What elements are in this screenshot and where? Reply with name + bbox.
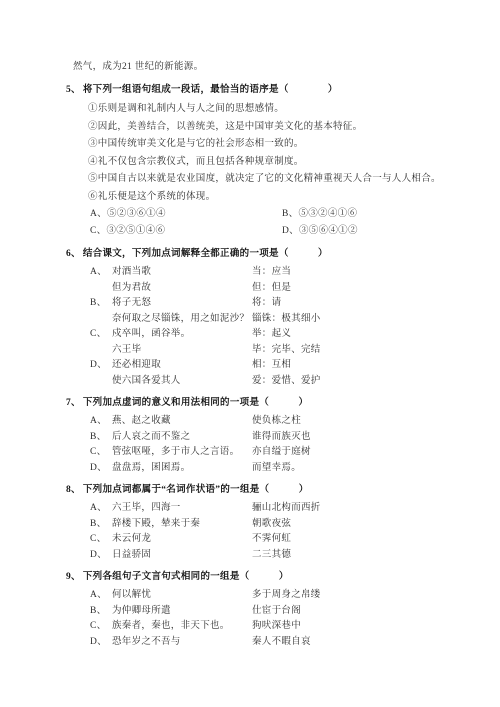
question-6: 6、结合课文，下列加点词解释全都正确的一项是（ ） A、 对酒当歌 当：应当 但… <box>66 246 460 389</box>
list-item: ⑤中国自古以来就是农业国度，就决定了它的文化精神重视天人合一与人人相合。 <box>88 171 460 189</box>
question-5: 5、将下列一组语句组成一段话，最恰当的语序是（ ） ①乐则是调和礼制内人与人之间… <box>66 82 460 240</box>
question-title-text: 下列加点词都属于“名词作状语”的一组是（ ） <box>83 485 309 495</box>
option-row-D: D、 恐年岁之不吾与 秦人不暇自哀 <box>90 635 460 651</box>
option-gloss: 锱铢：极其细小 <box>252 312 460 328</box>
list-item: ④礼不仅包含宗教仪式，而且包括各种规章制度。 <box>88 154 460 172</box>
option-row-A: A、 六王毕，四海一 骊山北构而西折 <box>90 501 460 517</box>
option-label: B、 <box>90 296 112 312</box>
question-number: 6、 <box>66 249 81 259</box>
option-phrase-2: 不霁何虹 <box>252 532 460 548</box>
option-phrase: 恐年岁之不吾与 <box>112 635 252 651</box>
option-phrase: 奈何取之尽锱铢，用之如泥沙？ <box>112 312 252 328</box>
list-item: ②因此，美善结合，以善统美，这是中国审美文化的基本特征。 <box>88 119 460 137</box>
choice-text: ③⑤⑥④①② <box>299 226 358 236</box>
list-item: ①乐则是调和礼制内人与人之间的思想感情。 <box>88 101 460 119</box>
option-label <box>90 343 112 359</box>
option-row-D: D、 盘盘焉，囷囷焉。 而望幸焉。 <box>90 461 460 477</box>
option-gloss: 将：请 <box>252 296 460 312</box>
question-title-text: 将下列一组语句组成一段话，最恰当的语序是（ ） <box>83 85 338 95</box>
question-title-text: 下列加点虚词的意义和用法相同的一项是（ ） <box>83 398 308 408</box>
option-label <box>90 374 112 390</box>
option-label: A、 <box>90 414 112 430</box>
option-row-A: A、 何以解忧 多于周身之帛缕 <box>90 588 460 604</box>
choice-label: B、 <box>282 209 298 219</box>
choice-text: ⑤③②④①⑥ <box>298 209 357 219</box>
option-gloss: 当：应当 <box>252 265 460 281</box>
option-row: 但为君故 但：但是 <box>90 281 460 297</box>
question-title-text: 结合课文，下列加点词解释全都正确的一项是（ ） <box>83 249 328 259</box>
option-gloss: 爱：爱惜、爱护 <box>252 374 460 390</box>
option-label: C、 <box>90 445 112 461</box>
option-row-A: A、 燕、赵之收藏 使负栋之柱 <box>90 414 460 430</box>
option-row-B: B、 辞楼下殿，辇来于秦 朝歌夜弦 <box>90 517 460 533</box>
option-label: A、 <box>90 265 112 281</box>
choice-B: B、⑤③②④①⑥ <box>282 206 357 223</box>
option-label: C、 <box>90 619 112 635</box>
option-phrase: 燕、赵之收藏 <box>112 414 252 430</box>
option-phrase: 管弦呕哑，多于市人之言语。 <box>112 445 252 461</box>
choice-row: A、⑤②③⑥①④ B、⑤③②④①⑥ <box>90 206 460 223</box>
option-row-C: C、 戍卒叫，函谷举。 举：起义 <box>90 327 460 343</box>
intro-continuation-line: 然气，成为21 世纪的新能源。 <box>73 59 460 76</box>
option-row-C: C、 管弦呕哑，多于市人之言语。 亦自缢于庭树 <box>90 445 460 461</box>
choice-C: C、③②⑤①④⑥ <box>90 223 282 240</box>
question-9: 9、下列各组句子文言句式相同的一组是（ ） A、 何以解忧 多于周身之帛缕 B、… <box>66 569 460 650</box>
option-row-C: C、 族秦者，秦也，非天下也。 狗吠深巷中 <box>90 619 460 635</box>
question-7: 7、下列加点虚词的意义和用法相同的一项是（ ） A、 燕、赵之收藏 使负栋之柱 … <box>66 395 460 476</box>
option-phrase: 为仲卿母所遣 <box>112 604 252 620</box>
question-number: 8、 <box>66 485 81 495</box>
option-phrase: 六王毕，四海一 <box>112 501 252 517</box>
option-phrase-2: 二三其德 <box>252 548 460 564</box>
option-gloss: 毕：完毕、完结 <box>252 343 460 359</box>
question-8: 8、下列加点词都属于“名词作状语”的一组是（ ） A、 六王毕，四海一 骊山北构… <box>66 482 460 563</box>
option-phrase: 还必相迎取 <box>112 358 252 374</box>
list-item: ⑥礼乐便是这个系统的体现。 <box>88 189 460 207</box>
question-8-title: 8、下列加点词都属于“名词作状语”的一组是（ ） <box>66 482 460 499</box>
option-phrase-2: 朝歌夜弦 <box>252 517 460 533</box>
option-row: 使六国各爱其人 爱：爱惜、爱护 <box>90 374 460 390</box>
option-label: D、 <box>90 635 112 651</box>
option-phrase: 六王毕 <box>112 343 252 359</box>
option-phrase: 后人哀之而不鉴之 <box>112 430 252 446</box>
option-phrase-2: 亦自缢于庭树 <box>252 445 460 461</box>
option-phrase: 将子无怒 <box>112 296 252 312</box>
option-row: 奈何取之尽锱铢，用之如泥沙？ 锱铢：极其细小 <box>90 312 460 328</box>
option-label <box>90 312 112 328</box>
option-label: D、 <box>90 358 112 374</box>
option-row-D: D、 日益骄固 二三其德 <box>90 548 460 564</box>
option-row-B: B、 将子无怒 将：请 <box>90 296 460 312</box>
document-page: 然气，成为21 世纪的新能源。 5、将下列一组语句组成一段话，最恰当的语序是（ … <box>0 0 500 707</box>
option-phrase-2: 秦人不暇自哀 <box>252 635 460 651</box>
option-phrase: 族秦者，秦也，非天下也。 <box>112 619 252 635</box>
choice-row: C、③②⑤①④⑥ D、③⑤⑥④①② <box>90 223 460 240</box>
option-phrase: 使六国各爱其人 <box>112 374 252 390</box>
option-phrase-2: 谁得而族灭也 <box>252 430 460 446</box>
option-phrase-2: 使负栋之柱 <box>252 414 460 430</box>
choice-D: D、③⑤⑥④①② <box>282 223 358 240</box>
option-phrase: 日益骄固 <box>112 548 252 564</box>
option-phrase: 盘盘焉，囷囷焉。 <box>112 461 252 477</box>
option-label: A、 <box>90 501 112 517</box>
option-row-D: D、 还必相迎取 相：互相 <box>90 358 460 374</box>
option-phrase: 未云何龙 <box>112 532 252 548</box>
choice-text: ⑤②③⑥①④ <box>107 209 166 219</box>
option-phrase: 何以解忧 <box>112 588 252 604</box>
option-label: B、 <box>90 604 112 620</box>
option-row-C: C、 未云何龙 不霁何虹 <box>90 532 460 548</box>
question-5-sentence-list: ①乐则是调和礼制内人与人之间的思想感情。 ②因此，美善结合，以善统美，这是中国审… <box>66 101 460 206</box>
choice-text: ③②⑤①④⑥ <box>106 226 165 236</box>
option-row: 六王毕 毕：完毕、完结 <box>90 343 460 359</box>
option-phrase: 戍卒叫，函谷举。 <box>112 327 252 343</box>
question-title-text: 下列各组句子文言句式相同的一组是（ ） <box>83 572 289 582</box>
option-phrase-2: 狗吠深巷中 <box>252 619 460 635</box>
option-gloss: 举：起义 <box>252 327 460 343</box>
option-phrase-2: 而望幸焉。 <box>252 461 460 477</box>
option-label <box>90 281 112 297</box>
option-label: B、 <box>90 430 112 446</box>
option-label: D、 <box>90 461 112 477</box>
option-label: A、 <box>90 588 112 604</box>
option-label: B、 <box>90 517 112 533</box>
option-gloss: 但：但是 <box>252 281 460 297</box>
question-number: 7、 <box>66 398 81 408</box>
option-row-A: A、 对酒当歌 当：应当 <box>90 265 460 281</box>
option-phrase-2: 多于周身之帛缕 <box>252 588 460 604</box>
option-phrase: 辞楼下殿，辇来于秦 <box>112 517 252 533</box>
option-row-B: B、 为仲卿母所遣 仕宦于台阁 <box>90 604 460 620</box>
choice-label: A、 <box>90 209 107 219</box>
option-label: C、 <box>90 532 112 548</box>
option-phrase: 对酒当歌 <box>112 265 252 281</box>
option-phrase-2: 仕宦于台阁 <box>252 604 460 620</box>
choice-label: C、 <box>90 226 106 236</box>
question-9-title: 9、下列各组句子文言句式相同的一组是（ ） <box>66 569 460 586</box>
question-7-title: 7、下列加点虚词的意义和用法相同的一项是（ ） <box>66 395 460 412</box>
option-gloss: 相：互相 <box>252 358 460 374</box>
option-label: D、 <box>90 548 112 564</box>
question-number: 9、 <box>66 572 81 582</box>
list-item: ③中国传统审美文化是与它的社会形态相一致的。 <box>88 136 460 154</box>
choice-A: A、⑤②③⑥①④ <box>90 206 282 223</box>
question-6-title: 6、结合课文，下列加点词解释全都正确的一项是（ ） <box>66 246 460 263</box>
question-number: 5、 <box>66 85 81 95</box>
option-phrase-2: 骊山北构而西折 <box>252 501 460 517</box>
option-label: C、 <box>90 327 112 343</box>
option-row-B: B、 后人哀之而不鉴之 谁得而族灭也 <box>90 430 460 446</box>
question-5-title: 5、将下列一组语句组成一段话，最恰当的语序是（ ） <box>66 82 460 99</box>
option-phrase: 但为君故 <box>112 281 252 297</box>
choice-label: D、 <box>282 226 299 236</box>
